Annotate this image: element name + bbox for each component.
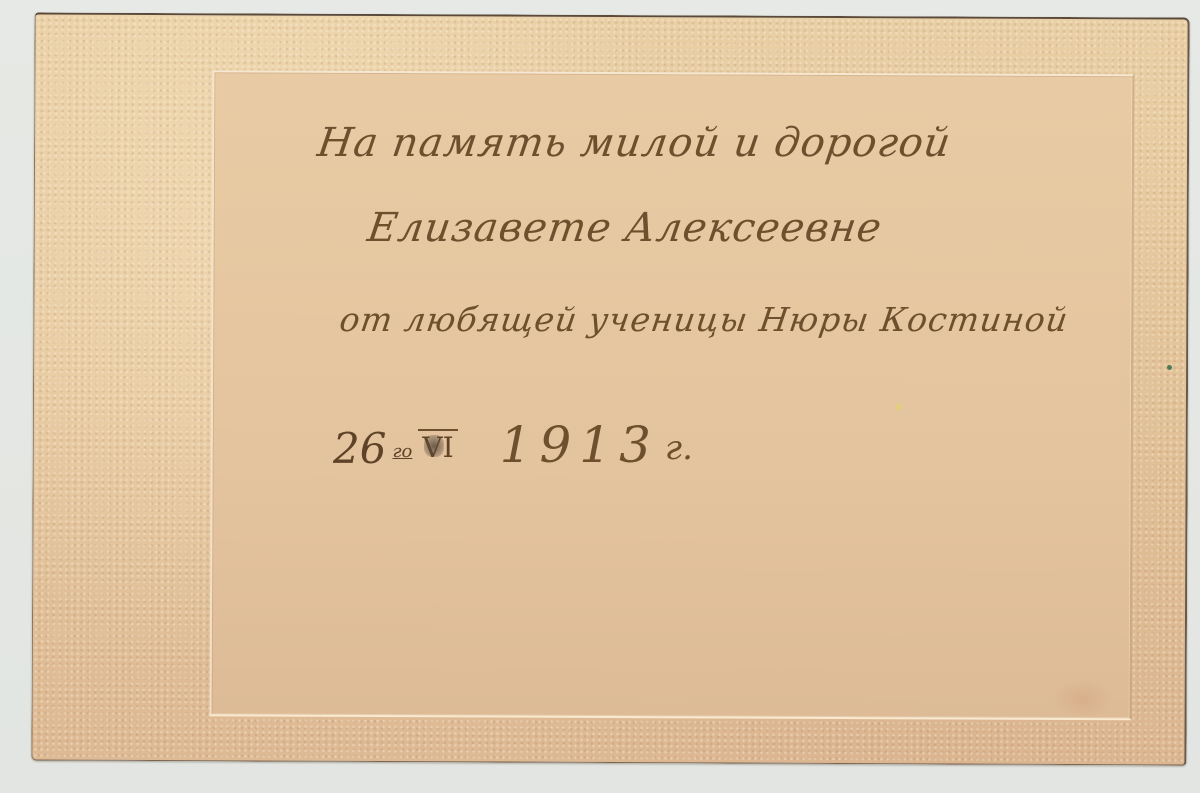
paper-speck [1167, 365, 1172, 370]
date-day-suffix: го [392, 441, 412, 462]
paper-speck [896, 403, 902, 411]
inscription-line-dedication: На память милой и дорогой [315, 120, 954, 166]
inscription-date: 26 го VI 1913 г. [333, 400, 693, 470]
date-year: 1913 [500, 420, 659, 470]
inscription-line-recipient: Елизавете Алексеевне [365, 205, 885, 251]
paper-stain [1053, 679, 1113, 719]
embossed-inner-frame [210, 70, 1135, 720]
ink-smudge [424, 435, 444, 457]
date-year-suffix: г. [665, 428, 693, 468]
date-month: VI [418, 429, 457, 464]
date-day: 26 [333, 428, 386, 470]
inscription-line-sender: от любящей ученицы Нюры Костиной [337, 300, 1071, 339]
